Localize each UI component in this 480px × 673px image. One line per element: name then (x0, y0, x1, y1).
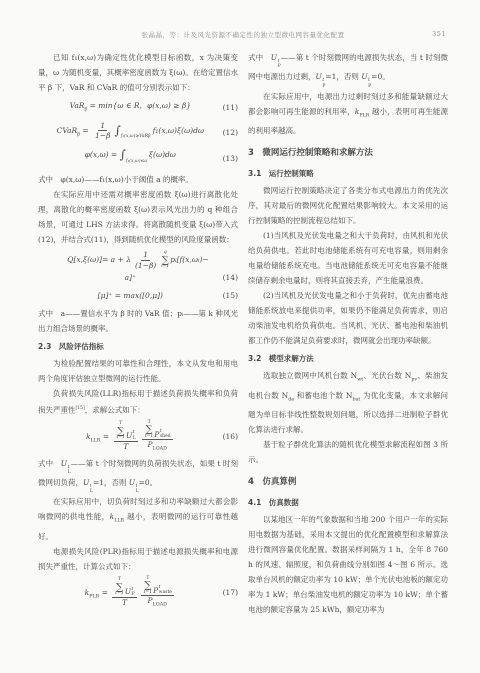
subsection-heading-4-1: 4.1 仿真数据 (248, 495, 448, 510)
fraction: T∑t=1PtwastePLOAD (141, 577, 174, 609)
math-token: = (101, 432, 112, 441)
running-header: 张晶晶，等：计及风光资源不确定性的独立型微电网容量优化配置 351 (38, 24, 448, 46)
citation-ref: [15] (76, 406, 85, 411)
math-token: P (278, 64, 281, 69)
two-column-body: 已知 f₁(x,ω)为确定性优化模型目标函数，x 为决策变量，ω 为随机变量，其… (38, 50, 448, 617)
where-label: 式中 (38, 175, 61, 184)
running-header-title: 张晶晶，等：计及风光资源不确定性的独立型微电网容量优化配置 (38, 30, 448, 39)
summation: q∑i=1 (161, 251, 169, 270)
equation-number: (15) (223, 288, 238, 303)
subsection-heading-2-3: 2.3 风险评估指标 (38, 339, 238, 354)
math-token: = (80, 125, 91, 134)
where-body: φ(x,ω)——f₁(x,ω)小于阈值 a 的概率。 (61, 175, 193, 184)
text-run: =1，否则 (325, 72, 361, 81)
equation-16-body: kLLR = T∑t=1UtLTT∑t=1PtshedPLOAD (38, 421, 223, 453)
equation-16: kLLR = T∑t=1UtLTT∑t=1PtshedPLOAD (16) (38, 421, 238, 453)
summation: T∑t=1 (144, 577, 152, 596)
math-token: LLR (114, 519, 124, 524)
supsub: tshed (160, 429, 171, 439)
supsub: tP (132, 587, 135, 597)
math-token: U (126, 431, 132, 440)
paper-page: 张晶晶，等：计及风光资源不确定性的独立型微电网容量优化配置 351 已知 f₁(… (0, 0, 480, 673)
where-body: a——置信水平为 β 时的 VaR 值；pᵢ——第 k 种风光出力组合场景的概率… (38, 309, 238, 333)
math-token: shed (160, 434, 171, 439)
where-clause-16: 式中 UtL——第 t 个时刻微网的负荷损失状态，如果 t 时刻微网切负荷，Ut… (38, 456, 238, 495)
math-token: U (129, 478, 135, 487)
math-token: U (125, 587, 131, 596)
sum-lower: t=1 (117, 436, 125, 441)
math-token: U (61, 459, 67, 468)
equation-number: (13) (223, 151, 238, 166)
equation-11: VaRβ = min{ω ∈ R，φ(x,ω) ≥ β} (11) (38, 98, 238, 118)
math-token: PLR (89, 594, 99, 599)
paragraph-cvar-intro: 已知 f₁(x,ω)为确定性优化模型目标函数，x 为决策变量，ω 为随机变量，其… (38, 50, 238, 95)
equation-14-line1: Q[x,ξ(ω)]= a + λ1(1−β)q∑i=1pᵢ[f(x,ωᵢ)− (38, 250, 238, 270)
math-token: PLOAD (145, 440, 168, 452)
math-token: φ(x,ω) = (85, 150, 120, 159)
where-label: 式中 (38, 459, 61, 468)
summation: T∑t=1 (145, 421, 153, 440)
math-token: U (271, 53, 277, 62)
paragraph-discretization: 在实际应用中还需对概率密度函数 ξ(ω)进行离散化处理，离散化的概率密度函数 ξ… (38, 187, 238, 247)
math-token: P (154, 430, 159, 439)
paragraph-llr: 负荷损失风险(LLR)指标用于描述负荷损失概率和负荷损失严重性[15]，求解公式… (38, 386, 238, 418)
math-token: L (133, 436, 136, 441)
equation-number: (12) (223, 125, 238, 140)
equation-14-body: Q[x,ξ(ω)]= a + λ1(1−β)q∑i=1pᵢ[f(x,ωᵢ)− (38, 250, 238, 270)
equation-17: kPLR = T∑t=1UtPTT∑t=1PtwastePLOAD (17) (38, 577, 238, 609)
equation-17-body: kPLR = T∑t=1UtPTT∑t=1PtwastePLOAD (38, 577, 223, 609)
paragraph-plr-meaning: 在实际应用中，电源出力过剩时刻过多和能量缺额过大都会影响可再生能源的利用率，kP… (248, 89, 448, 139)
equation-13: φ(x,ω) = ∫f₁(x,ω)≤aξ(ω)dω (13) (38, 147, 238, 169)
paragraph-llr-meaning: 在实际应用中，切负荷时刻过多和功率缺额过大都会影响微网的供电性能，kLLR 越小… (38, 494, 238, 544)
math-token: T (121, 442, 130, 451)
math-token: U (316, 72, 322, 81)
supsub: tL (133, 430, 136, 440)
integral-icon: ∫ (114, 123, 120, 137)
integral-icon: ∫ (120, 148, 126, 162)
text-run: ，求解公式如下： (85, 406, 145, 415)
math-token: LOAD (153, 603, 167, 608)
paragraph-plr: 电源损失风险(PLR)指标用于描述电源损失概率和电源损失严重性，计算公式如下： (38, 544, 238, 574)
paragraph-simulation-data: 以某地区一年的气象数据和当地 200 个用户一年的实际用电数据为基础，采用本文提… (248, 512, 448, 617)
math-token: = min{ω ∈ R，φ(x,ω) ≥ β} (87, 101, 191, 110)
math-token: U (361, 72, 367, 81)
math-token: CVaR (57, 125, 78, 134)
where-clause-13: 式中 φ(x,ω)——f₁(x,ω)小于阈值 a 的概率。 (38, 172, 238, 187)
math-token: [μ]⁺ = max([0,μ]) (38, 288, 223, 303)
math-token: PLOAD (146, 596, 169, 608)
math-token: ξ(ω)dω (149, 150, 176, 159)
sum-lower: t=1 (115, 592, 123, 597)
text-run: =0。 (371, 72, 390, 81)
supsub: twaste (159, 585, 172, 595)
equation-14-line2: a]⁺ (14) (38, 270, 238, 285)
right-column: 式中 UtP——第 t 个时刻微网的电源损失状态，当 t 时刻微网中电源出力过剩… (248, 50, 448, 617)
math-token: Q[x,ξ(ω)]= a + λ (67, 255, 131, 264)
sum-lower: t=1 (144, 591, 152, 596)
where-clause-17: 式中 UtP——第 t 个时刻微网的电源损失状态，当 t 时刻微网中电源出力过剩… (248, 50, 448, 89)
fraction: 11−β (93, 121, 112, 141)
summation: T∑t=1 (115, 578, 123, 597)
paragraph-rule-1: (1)当风机及光伏发电量之和大于负荷时，由风机和光伏给负荷供电。若此时电池储能系… (248, 228, 448, 288)
math-token: 1−β (93, 131, 112, 140)
paragraph-rule-2: (2)当风机及光伏发电量之和小于负荷时，优先由蓄电池储能系统放电来提供功率，如果… (248, 288, 448, 348)
paragraph-control-strategy: 微网运行控制策略决定了各类分布式电源出力的优先次序，其对最后的微网优化配置结果影… (248, 183, 448, 228)
text-run: =0。 (139, 478, 158, 487)
sum-lower: t=1 (145, 435, 153, 440)
fraction: T∑t=1UtLT (114, 422, 138, 451)
math-token: (1−β) (133, 261, 158, 270)
paragraph-solver: 选取独立微网中风机台数 Nwt、光伏台数 Npv、柴油发电机台数 Nde 和蓄电… (248, 368, 448, 437)
summation: T∑t=1 (117, 422, 125, 441)
integral-limit: f₁(x,ω)≤a (126, 159, 147, 164)
math-token: waste (159, 590, 172, 595)
math-token: 1 (141, 250, 150, 260)
left-column: 已知 f₁(x,ω)为确定性优化模型目标函数，x 为决策变量，ω 为随机变量，其… (38, 50, 238, 617)
text-run: =1，否则 (93, 478, 129, 487)
fraction: 1(1−β) (133, 250, 158, 270)
math-token: pᵢ[f(x,ωᵢ)− (170, 255, 208, 264)
text-run: 选取独立微网中风机台数 N (263, 371, 357, 380)
equation-12: CVaRβ = 11−β∫f₁(x,ω)≥VaRβf₁(x,ω)ξ(ω)dω (… (38, 121, 238, 145)
math-token: f₁(x,ω)ξ(ω)dω (153, 125, 204, 134)
where-label: 式中 (248, 53, 271, 62)
math-token: PLR (359, 113, 369, 118)
page-number: 351 (432, 30, 446, 38)
equation-11-body: VaRβ = min{ω ∈ R，φ(x,ω) ≥ β} (38, 98, 223, 118)
section-heading-3: 3 微网运行控制策略和求解方法 (248, 146, 448, 161)
fraction: T∑t=1PtshedPLOAD (142, 421, 173, 453)
math-token: P (153, 586, 158, 595)
math-token: L (68, 470, 71, 475)
subsection-heading-3-1: 3.1 运行控制策略 (248, 166, 448, 181)
math-token: P (368, 84, 371, 89)
text-run: 和蓄电池个数 N (294, 391, 352, 400)
equation-12-body: CVaRβ = 11−β∫f₁(x,ω)≥VaRβf₁(x,ω)ξ(ω)dω (38, 121, 223, 145)
text-run: 、光伏台数 N (363, 371, 411, 380)
equation-number: (16) (223, 429, 238, 444)
math-token: = (99, 588, 110, 597)
section-heading-4: 4 仿真算例 (248, 475, 448, 490)
math-token: P (132, 592, 135, 597)
math-token: LOAD (153, 447, 167, 452)
math-token: P (322, 84, 325, 89)
paragraph-flowchart-ref: 基于粒子群优化算法的随机优化模型求解流程如图 3 所示。 (248, 437, 448, 467)
math-token: U (83, 478, 89, 487)
paragraph-risk-intro: 为检验配置结果的可靠性和合理性，本文从发电和用电两个角度评估独立型微网的运行性能… (38, 356, 238, 386)
equation-13-body: φ(x,ω) = ∫f₁(x,ω)≤aξ(ω)dω (38, 147, 223, 169)
math-token: T (120, 598, 129, 607)
fraction: T∑t=1UtPT (112, 578, 136, 607)
math-token: LLR (91, 438, 101, 443)
math-token: a]⁺ (38, 270, 223, 285)
math-token: VaR (70, 101, 85, 110)
equation-number: (14) (223, 270, 238, 285)
math-token: 1 (98, 121, 107, 131)
equation-15: [μ]⁺ = max([0,μ]) (15) (38, 288, 238, 303)
integral-limit: f₁(x,ω)≥VaRβ (121, 134, 151, 139)
where-clause-15: 式中 a——置信水平为 β 时的 VaR 值；pᵢ——第 k 种风光出力组合场景… (38, 306, 238, 336)
subsection-heading-3-2: 3.2 模型求解方法 (248, 351, 448, 366)
equation-number: (17) (223, 585, 238, 600)
equation-number: (11) (223, 100, 238, 115)
where-label: 式中 (38, 309, 61, 318)
sum-lower: i=1 (161, 265, 169, 270)
